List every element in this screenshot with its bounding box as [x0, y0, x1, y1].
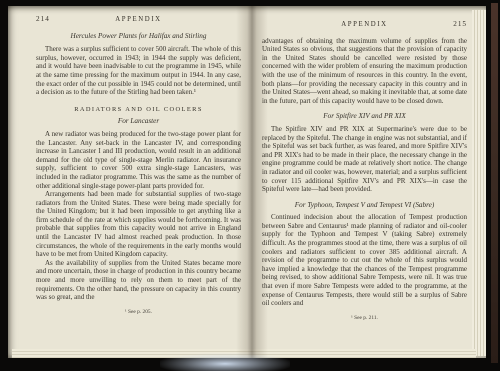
book-scan: 214 APPENDIX Hercules Power Plants for H…: [0, 0, 500, 371]
subheading-for-lancaster: For Lancaster: [36, 117, 241, 126]
right-page-number: 215: [433, 20, 467, 29]
subheading-for-typhoon-tempest: For Typhoon, Tempest V and Tempest VI (S…: [262, 201, 467, 210]
book-spread: 214 APPENDIX Hercules Power Plants for H…: [8, 6, 486, 358]
left-page: 214 APPENDIX Hercules Power Plants for H…: [36, 15, 241, 316]
left-footnote: ¹ See p. 205.: [36, 308, 241, 317]
left-page-number: 214: [36, 15, 70, 24]
left-paragraph-2: A new radiator was being produced for th…: [36, 130, 241, 190]
left-running-head: APPENDIX: [70, 16, 207, 25]
right-page: APPENDIX 215 advantages of obtaining the…: [262, 20, 467, 322]
page-edges-right: [472, 10, 486, 356]
right-footnote: ¹ See p. 211.: [262, 314, 467, 323]
section-heading-radiators: RADIATORS AND OIL COOLERS: [36, 106, 241, 115]
right-paragraph-3: Continued indecision about the allocatio…: [262, 213, 467, 308]
left-paragraph-4: As the availability of supplies from the…: [36, 259, 241, 302]
left-paragraph-3: Arrangements had been made for substanti…: [36, 190, 241, 259]
scan-reflection: [160, 353, 290, 371]
subheading-for-spitfire: For Spitfire XIV and PR XIX: [262, 112, 467, 121]
right-running-head: APPENDIX: [296, 21, 433, 30]
left-paragraph-1: There was a surplus sufficient to cover …: [36, 45, 241, 97]
right-page-header: APPENDIX 215: [262, 20, 467, 30]
section-title-hercules: Hercules Power Plants for Halifax and St…: [36, 32, 241, 41]
right-paragraph-1: advantages of obtaining the maximum volu…: [262, 37, 467, 106]
book-cover-edge: [491, 3, 498, 363]
left-page-header: 214 APPENDIX: [36, 15, 241, 25]
right-paragraph-2: The Spitfire XIV and PR XIX at Supermari…: [262, 125, 467, 194]
